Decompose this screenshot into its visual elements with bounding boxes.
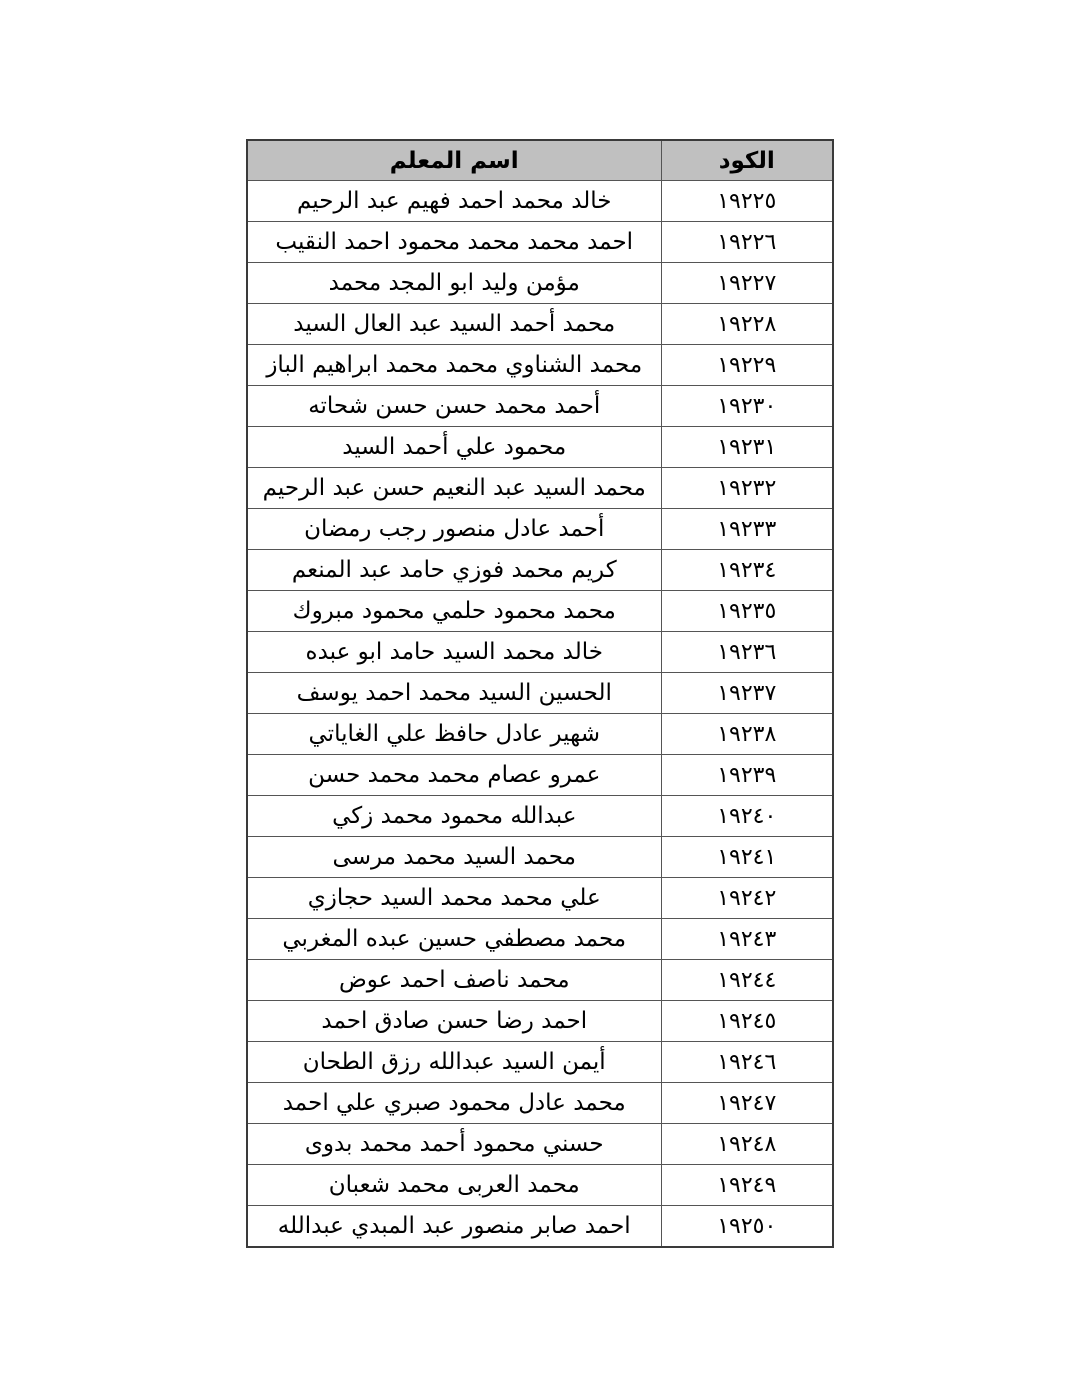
table-row: ١٩٢٢٧مؤمن وليد ابو المجد محمد (247, 263, 833, 304)
teacher-name: محمد عادل محمود صبري علي احمد (247, 1083, 661, 1124)
teacher-name: أيمن السيد عبدالله رزق الطحان (247, 1042, 661, 1083)
teacher-name: محمد مصطفي حسين عبده المغربي (247, 919, 661, 960)
table-row: ١٩٢٣٣أحمد عادل منصور رجب رمضان (247, 509, 833, 550)
table-row: ١٩٢٣٤كريم محمد فوزي حامد عبد المنعم (247, 550, 833, 591)
table-row: ١٩٢٢٦احمد محمد محمد محمود احمد النقيب (247, 222, 833, 263)
table-row: ١٩٢٣١محمود علي أحمد السيد (247, 427, 833, 468)
teacher-name: كريم محمد فوزي حامد عبد المنعم (247, 550, 661, 591)
teacher-code: ١٩٢٤١ (661, 837, 833, 878)
teacher-name: عبدالله محمود محمد زكي (247, 796, 661, 837)
table-row: ١٩٢٤٩محمد العربى محمد شعبان (247, 1165, 833, 1206)
teacher-code: ١٩٢٤٧ (661, 1083, 833, 1124)
header-code: الكود (661, 140, 833, 181)
teacher-code: ١٩٢٢٧ (661, 263, 833, 304)
teachers-table: الكود اسم المعلم ١٩٢٢٥خالد محمد احمد فهي… (246, 139, 834, 1248)
table-row: ١٩٢٥٠احمد صابر منصور عبد المبدي عبدالله (247, 1206, 833, 1248)
teacher-code: ١٩٢٤٢ (661, 878, 833, 919)
document-page: الكود اسم المعلم ١٩٢٢٥خالد محمد احمد فهي… (0, 0, 1080, 1398)
teacher-code: ١٩٢٣٢ (661, 468, 833, 509)
teacher-code: ١٩٢٣٠ (661, 386, 833, 427)
teacher-name: احمد رضا حسن صادق احمد (247, 1001, 661, 1042)
table-row: ١٩٢٤٢علي محمد محمد السيد حجازي (247, 878, 833, 919)
table-row: ١٩٢٣٢محمد السيد عبد النعيم حسن عبد الرحي… (247, 468, 833, 509)
teacher-code: ١٩٢٤٤ (661, 960, 833, 1001)
teacher-code: ١٩٢٣٨ (661, 714, 833, 755)
teacher-name: عمرو عصام محمد محمد حسن (247, 755, 661, 796)
teacher-code: ١٩٢٢٨ (661, 304, 833, 345)
teacher-name: خالد محمد احمد فهيم عبد الرحيم (247, 181, 661, 222)
header-teacher-name: اسم المعلم (247, 140, 661, 181)
table-row: ١٩٢٣٠أحمد محمد حسن حسن شحاته (247, 386, 833, 427)
table-row: ١٩٢٣٥محمد محمود حلمي محمود مبروك (247, 591, 833, 632)
table-row: ١٩٢٤٧محمد عادل محمود صبري علي احمد (247, 1083, 833, 1124)
table-row: ١٩٢٤٤محمد ناصف احمد عوض (247, 960, 833, 1001)
teacher-code: ١٩٢٤٨ (661, 1124, 833, 1165)
teacher-code: ١٩٢٤٦ (661, 1042, 833, 1083)
teacher-name: علي محمد محمد السيد حجازي (247, 878, 661, 919)
teacher-code: ١٩٢٢٦ (661, 222, 833, 263)
teacher-name: محمد العربى محمد شعبان (247, 1165, 661, 1206)
teacher-name: محمد محمود حلمي محمود مبروك (247, 591, 661, 632)
teacher-code: ١٩٢٣٧ (661, 673, 833, 714)
table-row: ١٩٢٤٥احمد رضا حسن صادق احمد (247, 1001, 833, 1042)
teacher-name: محمود علي أحمد السيد (247, 427, 661, 468)
table-row: ١٩٢٢٩محمد الشناوي محمد محمد ابراهيم البا… (247, 345, 833, 386)
teacher-name: شهير عادل حافظ علي الغاياتي (247, 714, 661, 755)
table-row: ١٩٢٤٦أيمن السيد عبدالله رزق الطحان (247, 1042, 833, 1083)
teacher-code: ١٩٢٢٥ (661, 181, 833, 222)
teacher-code: ١٩٢٣١ (661, 427, 833, 468)
teacher-name: احمد محمد محمد محمود احمد النقيب (247, 222, 661, 263)
teacher-code: ١٩٢٤٣ (661, 919, 833, 960)
teacher-name: محمد السيد عبد النعيم حسن عبد الرحيم (247, 468, 661, 509)
teacher-code: ١٩٢٤٩ (661, 1165, 833, 1206)
teacher-name: محمد ناصف احمد عوض (247, 960, 661, 1001)
teacher-name: محمد أحمد السيد عبد العال السيد (247, 304, 661, 345)
teacher-name: احمد صابر منصور عبد المبدي عبدالله (247, 1206, 661, 1248)
table-header-row: الكود اسم المعلم (247, 140, 833, 181)
table-body: ١٩٢٢٥خالد محمد احمد فهيم عبد الرحيم ١٩٢٢… (247, 181, 833, 1248)
teacher-code: ١٩٢٣٥ (661, 591, 833, 632)
teacher-name: مؤمن وليد ابو المجد محمد (247, 263, 661, 304)
teacher-name: حسني محمود أحمد محمد بدوى (247, 1124, 661, 1165)
table-row: ١٩٢٣٩عمرو عصام محمد محمد حسن (247, 755, 833, 796)
table-row: ١٩٢٤٨حسني محمود أحمد محمد بدوى (247, 1124, 833, 1165)
table-row: ١٩٢٢٨محمد أحمد السيد عبد العال السيد (247, 304, 833, 345)
teacher-code: ١٩٢٣٩ (661, 755, 833, 796)
table-row: ١٩٢٤٠عبدالله محمود محمد زكي (247, 796, 833, 837)
teacher-code: ١٩٢٣٦ (661, 632, 833, 673)
teacher-name: محمد الشناوي محمد محمد ابراهيم الباز (247, 345, 661, 386)
table-row: ١٩٢٢٥خالد محمد احمد فهيم عبد الرحيم (247, 181, 833, 222)
teacher-name: محمد السيد محمد مرسى (247, 837, 661, 878)
teacher-name: أحمد محمد حسن حسن شحاته (247, 386, 661, 427)
table-row: ١٩٢٤٣محمد مصطفي حسين عبده المغربي (247, 919, 833, 960)
teacher-name: الحسين السيد محمد احمد يوسف (247, 673, 661, 714)
table-row: ١٩٢٤١محمد السيد محمد مرسى (247, 837, 833, 878)
teacher-name: خالد محمد السيد حامد ابو عبده (247, 632, 661, 673)
teacher-code: ١٩٢٤٠ (661, 796, 833, 837)
teacher-name: أحمد عادل منصور رجب رمضان (247, 509, 661, 550)
teacher-code: ١٩٢٣٣ (661, 509, 833, 550)
teacher-code: ١٩٢٣٤ (661, 550, 833, 591)
teacher-code: ١٩٢٥٠ (661, 1206, 833, 1248)
teacher-code: ١٩٢٤٥ (661, 1001, 833, 1042)
table-row: ١٩٢٣٨شهير عادل حافظ علي الغاياتي (247, 714, 833, 755)
table-row: ١٩٢٣٦خالد محمد السيد حامد ابو عبده (247, 632, 833, 673)
table-row: ١٩٢٣٧الحسين السيد محمد احمد يوسف (247, 673, 833, 714)
teacher-code: ١٩٢٢٩ (661, 345, 833, 386)
